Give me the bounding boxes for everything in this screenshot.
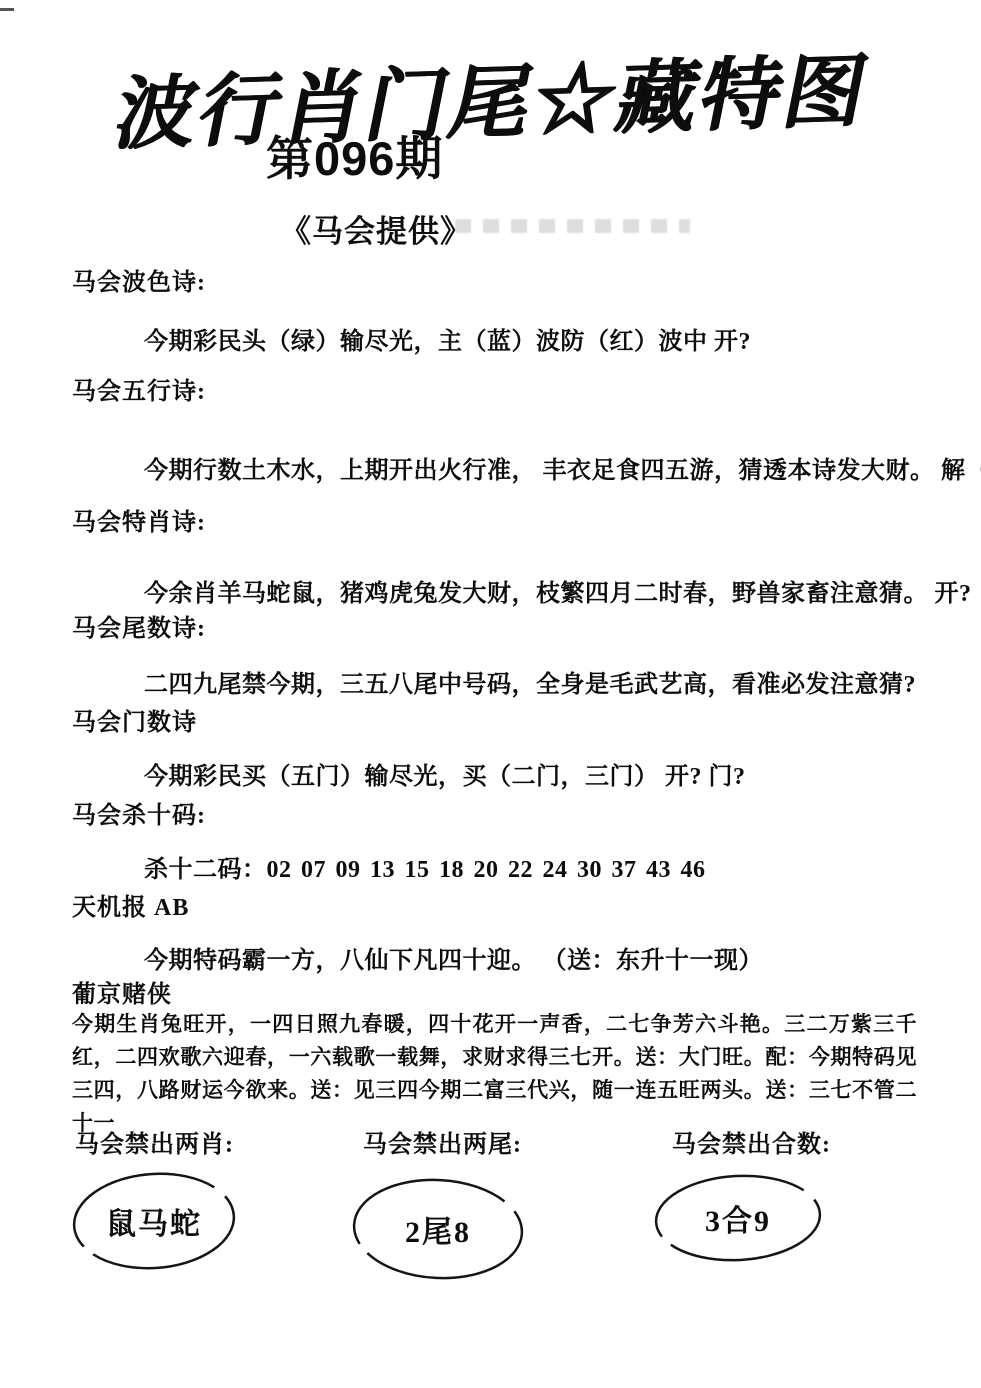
- forbidden-tail-label: 马会禁出两尾:: [363, 1124, 522, 1159]
- section-label-five-elements-poem: 马会五行诗:: [72, 371, 206, 406]
- wave-color-poem-text: 今期彩民头（绿）输尽光，主（蓝）波防（红）波中 开?: [144, 321, 751, 356]
- gate-number-poem-text: 今期彩民买（五门）输尽光，买（二门，三门） 开? 门?: [144, 756, 746, 791]
- section-label-tail-number-poem: 马会尾数诗:: [72, 608, 206, 643]
- section-label-gate-number-poem: 马会门数诗: [72, 702, 197, 737]
- five-elements-poem-text: 今期行数土木水，上期开出火行准， 丰衣足食四五游，猜透本诗发大财。 解（？）: [144, 450, 981, 485]
- forbidden-sum-value: 3合9: [705, 1196, 771, 1240]
- tianji-report-text: 今期特码霸一方，八仙下凡四十迎。 （送：东升十一现）: [144, 940, 763, 975]
- killed-codes-list: 杀十二码：02 07 09 13 15 18 20 22 24 30 37 43…: [144, 849, 706, 884]
- tail-number-poem-text: 二四九尾禁今期，三五八尾中号码，全身是毛武艺高，看准必发注意猜?: [144, 664, 916, 699]
- provider-note: 《马会提供》: [280, 206, 472, 251]
- section-label-tianji-report: 天机报 AB: [72, 887, 189, 922]
- section-label-killed-codes: 马会杀十码:: [72, 795, 206, 830]
- special-zodiac-poem-text: 今余肖羊马蛇鼠，猪鸡虎兔发大财，枝繁四月二时春，野兽家畜注意猜。 开?: [144, 573, 972, 608]
- section-label-pujing-gambler: 葡京赌侠: [72, 974, 172, 1009]
- forbidden-zodiac-value: 鼠马蛇: [106, 1199, 202, 1243]
- section-label-wave-color-poem: 马会波色诗:: [72, 262, 206, 297]
- forbidden-tail-oval: 2尾8: [350, 1176, 526, 1282]
- page-title: 波行肖门尾☆藏特图: [108, 50, 877, 157]
- issue-number: 第096期: [266, 122, 443, 189]
- scan-noise-mark: [0, 8, 14, 11]
- forbidden-tail-value: 2尾8: [405, 1207, 471, 1251]
- lottery-tip-sheet: 波行肖门尾☆藏特图 第096期 《马会提供》 马会波色诗: 今期彩民头（绿）输尽…: [0, 0, 981, 1388]
- pujing-gambler-paragraph: 今期生肖兔旺开，一四日照九春暖，四十花开一声香，二七争芳六斗艳。三二万紫三千红，…: [72, 1008, 917, 1140]
- forbidden-zodiac-label: 马会禁出两肖:: [75, 1124, 234, 1159]
- section-label-special-zodiac-poem: 马会特肖诗:: [72, 502, 206, 537]
- faded-print-artifact: [455, 219, 690, 233]
- forbidden-sum-oval: 3合9: [652, 1172, 824, 1264]
- forbidden-sum-label: 马会禁出合数:: [672, 1124, 831, 1159]
- forbidden-zodiac-oval: 鼠马蛇: [70, 1170, 238, 1272]
